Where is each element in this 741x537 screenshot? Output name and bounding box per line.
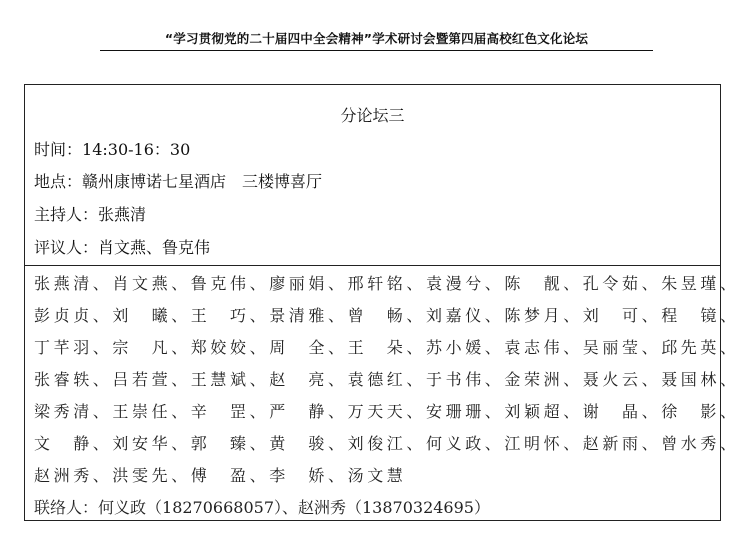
location-line: 地点：赣州康博诺七星酒店 三楼博喜厅	[34, 169, 322, 192]
conference-header: “学习贯彻党的二十届四中全会精神”学术研讨会暨第四届高校红色文化论坛	[100, 30, 653, 51]
participants-list: 张燕清、肖文燕、鲁克伟、廖丽娟、邢轩铭、袁漫兮、陈 靓、孔令茹、朱昱瑾、 彭贞贞…	[34, 268, 714, 524]
participants-row: 文 静、刘安华、郭 臻、黄 骏、刘俊江、何义政、江明怀、赵新雨、曾水秀、	[34, 428, 714, 460]
reviewer-line: 评议人：肖文燕、鲁克伟	[34, 235, 210, 258]
participants-row: 张睿轶、吕若萱、王慧斌、赵 亮、袁德红、于书伟、金荣洲、聂火云、聂国林、	[34, 364, 714, 396]
participants-row: 梁秀清、王崇任、辛 罡、严 静、万天天、安珊珊、刘颖超、谢 晶、徐 影、	[34, 396, 714, 428]
contact-value: 何义政（18270668057）、赵洲秀（13870324695）	[98, 498, 490, 517]
host-line: 主持人：张燕清	[34, 202, 146, 225]
contact-line: 联络人：何义政（18270668057）、赵洲秀（13870324695）	[34, 492, 714, 524]
contact-label: 联络人：	[34, 498, 98, 517]
location-label: 地点：	[34, 172, 82, 191]
forum-title: 分论坛三	[25, 103, 720, 126]
reviewer-value: 肖文燕、鲁克伟	[98, 238, 210, 257]
time-line: 时间：14:30-16：30	[34, 137, 190, 160]
conference-title: “学习贯彻党的二十届四中全会精神”学术研讨会暨第四届高校红色文化论坛	[165, 31, 588, 46]
host-label: 主持人：	[34, 205, 98, 224]
participants-row: 丁芊羽、宗 凡、郑姣姣、周 全、王 朵、苏小媛、袁志伟、吴丽莹、邱先英、	[34, 332, 714, 364]
forum-info-section: 分论坛三 时间：14:30-16：30 地点：赣州康博诺七星酒店 三楼博喜厅 主…	[25, 85, 720, 266]
location-value: 赣州康博诺七星酒店 三楼博喜厅	[82, 172, 322, 191]
participants-row: 张燕清、肖文燕、鲁克伟、廖丽娟、邢轩铭、袁漫兮、陈 靓、孔令茹、朱昱瑾、	[34, 268, 714, 300]
forum-schedule-table: 分论坛三 时间：14:30-16：30 地点：赣州康博诺七星酒店 三楼博喜厅 主…	[24, 84, 721, 521]
reviewer-label: 评议人：	[34, 238, 98, 257]
participants-row: 赵洲秀、洪雯先、傅 盈、李 娇、汤文慧	[34, 460, 714, 492]
host-value: 张燕清	[98, 205, 146, 224]
participants-row: 彭贞贞、刘 曦、王 巧、景清雅、曾 畅、刘嘉仪、陈梦月、刘 可、程 镜、	[34, 300, 714, 332]
time-value: 14:30-16：30	[82, 140, 190, 159]
time-label: 时间：	[34, 140, 82, 159]
